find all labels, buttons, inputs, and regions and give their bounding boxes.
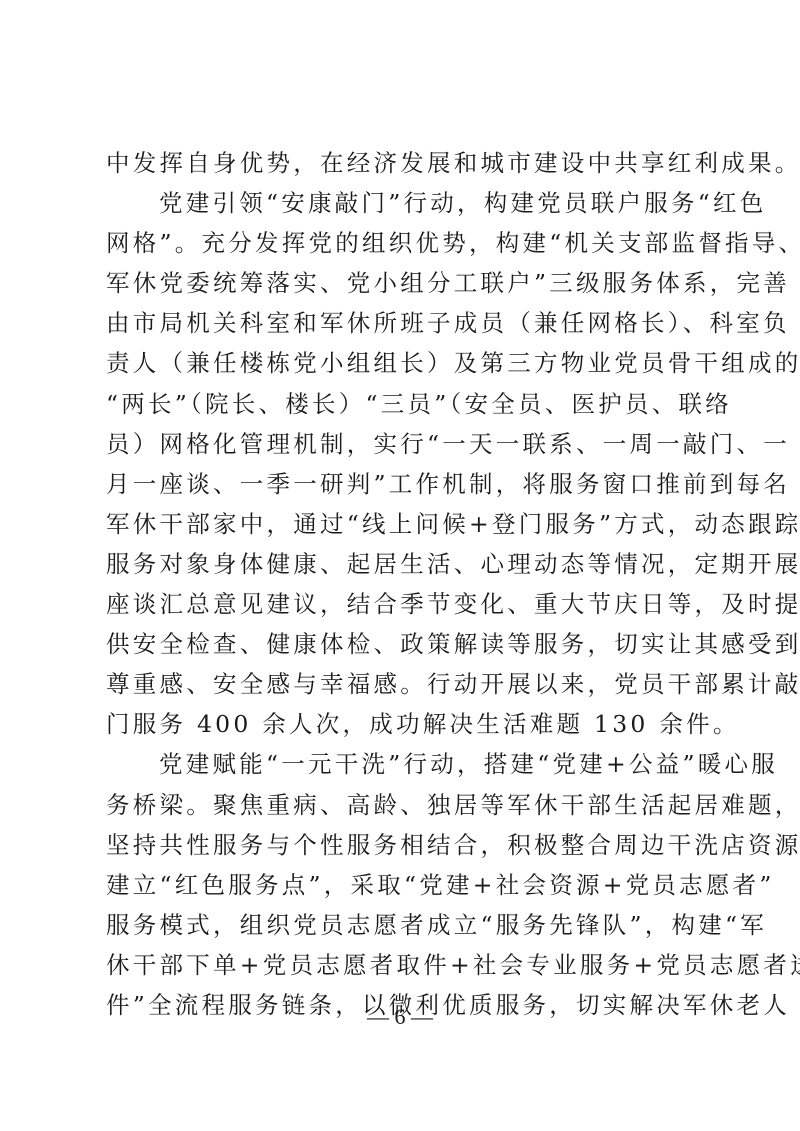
text-line: 服务模式，组织党员志愿者成立“服务先锋队”，构建“军: [106, 905, 696, 945]
text-line: 责人（兼任楼栋党小组组长）及第三方物业党员骨干组成的: [106, 343, 696, 383]
text-line: 军休党委统筹落实、党小组分工联户”三级服务体系，完善: [106, 263, 696, 303]
text-line: 由市局机关科室和军休所班子成员（兼任网格长）、科室负: [106, 303, 696, 343]
text-line: 休干部下单+党员志愿者取件+社会专业服务+党员志愿者送: [106, 945, 696, 985]
page-number: — 6 —: [0, 1004, 800, 1030]
text-line: 坚持共性服务与个性服务相结合，积极整合周边干洗店资源，: [106, 825, 696, 865]
text-line: 供安全检查、健康体检、政策解读等服务，切实让其感受到: [106, 624, 696, 664]
paragraph-start-line: 党建赋能“一元干洗”行动，搭建“党建+公益”暖心服: [106, 744, 696, 784]
text-line: 务桥梁。聚焦重病、高龄、独居等军休干部生活起居难题，: [106, 785, 696, 825]
text-line: 门服务 400 余人次，成功解决生活难题 130 余件。: [106, 704, 696, 744]
text-line: 建立“红色服务点”，采取“党建+社会资源+党员志愿者”: [106, 865, 696, 905]
text-line: 员）网格化管理机制，实行“一天一联系、一周一敲门、一: [106, 424, 696, 464]
text-line: 座谈汇总意见建议，结合季节变化、重大节庆日等，及时提: [106, 584, 696, 624]
text-line: 服务对象身体健康、起居生活、心理动态等情况，定期开展: [106, 544, 696, 584]
text-line: 中发挥自身优势，在经济发展和城市建设中共享红利成果。: [106, 143, 696, 183]
text-line: 军休干部家中，通过“线上问候+登门服务”方式，动态跟踪: [106, 504, 696, 544]
document-body: 中发挥自身优势，在经济发展和城市建设中共享红利成果。 党建引领“安康敲门”行动，…: [106, 143, 696, 1025]
paragraph-start-line: 党建引领“安康敲门”行动，构建党员联户服务“红色: [106, 183, 696, 223]
text-line: 月一座谈、一季一研判”工作机制，将服务窗口推前到每名: [106, 464, 696, 504]
text-line: 尊重感、安全感与幸福感。行动开展以来，党员干部累计敲: [106, 664, 696, 704]
text-line: 网格”。充分发挥党的组织优势，构建“机关支部监督指导、: [106, 223, 696, 263]
text-line: “两长”（院长、楼长）“三员”（安全员、医护员、联络: [106, 384, 696, 424]
